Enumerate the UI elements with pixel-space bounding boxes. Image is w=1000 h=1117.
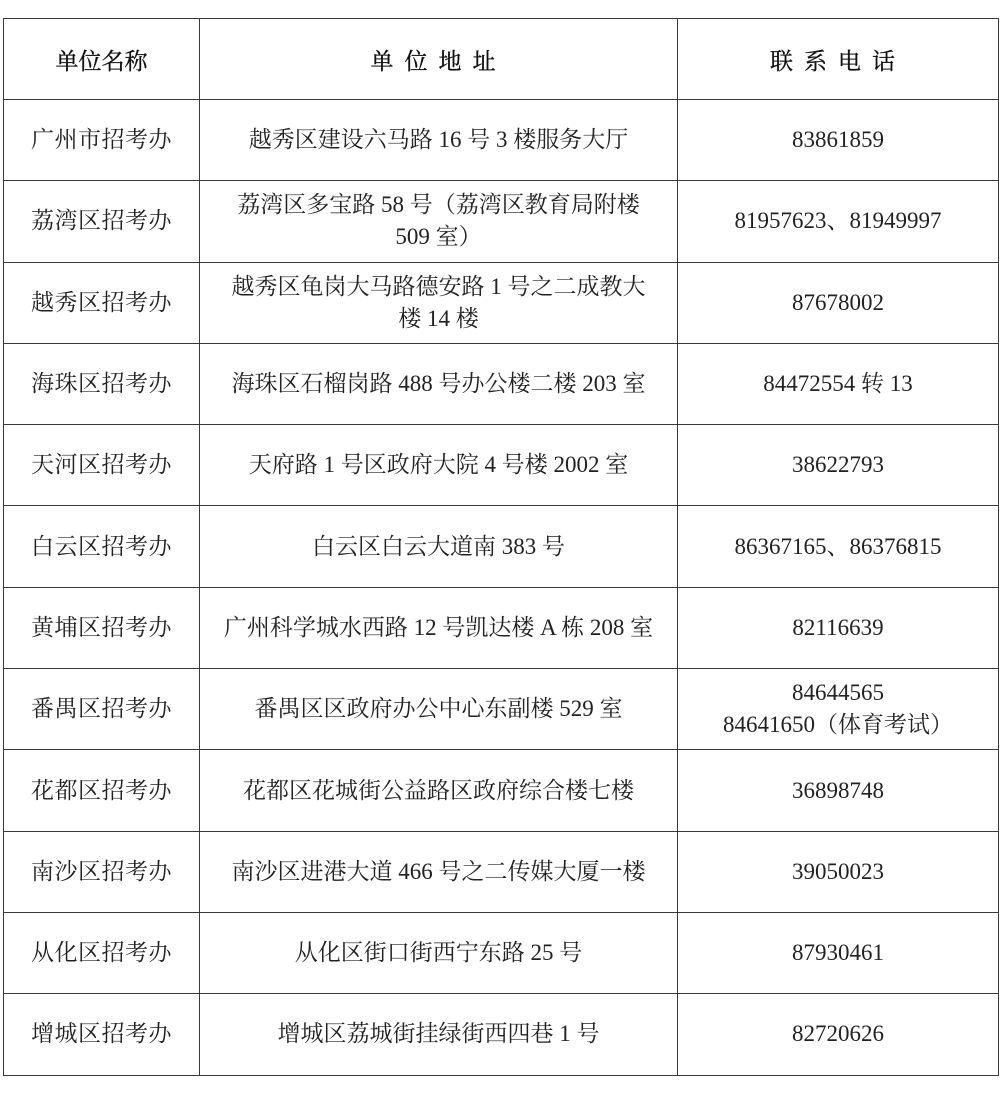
cell-unit-address: 天府路 1 号区政府大院 4 号楼 2002 室: [200, 425, 678, 506]
cell-unit-address: 番禺区区政府办公中心东副楼 529 室: [200, 669, 678, 750]
table-row: 增城区招考办 增城区荔城街挂绿街西四巷 1 号 82720626: [4, 994, 999, 1075]
cell-unit-address: 从化区街口街西宁东路 25 号: [200, 912, 678, 993]
header-unit-address: 单位地址: [200, 19, 678, 100]
cell-unit-name: 广州市招考办: [4, 100, 200, 181]
cell-contact-phone: 82720626: [678, 994, 999, 1075]
cell-unit-name: 天河区招考办: [4, 425, 200, 506]
table-row: 荔湾区招考办 荔湾区多宝路 58 号（荔湾区教育局附楼 509 室） 81957…: [4, 181, 999, 262]
cell-unit-address: 南沙区进港大道 466 号之二传媒大厦一楼: [200, 831, 678, 912]
cell-unit-name: 荔湾区招考办: [4, 181, 200, 262]
exam-office-contact-table: 单位名称 单位地址 联系电话 广州市招考办 越秀区建设六马路 16 号 3 楼服…: [3, 18, 999, 1076]
address-line: 越秀区建设六马路 16 号 3 楼服务大厅: [212, 124, 665, 156]
cell-unit-name: 增城区招考办: [4, 994, 200, 1075]
address-line: 花都区花城街公益路区政府综合楼七楼: [212, 775, 665, 807]
phone-line: 38622793: [688, 449, 988, 481]
cell-contact-phone: 83861859: [678, 100, 999, 181]
phone-line: 82720626: [688, 1018, 988, 1050]
address-line: 荔湾区多宝路 58 号（荔湾区教育局附楼: [212, 189, 665, 221]
cell-unit-name: 白云区招考办: [4, 506, 200, 587]
table-row: 南沙区招考办 南沙区进港大道 466 号之二传媒大厦一楼 39050023: [4, 831, 999, 912]
cell-contact-phone: 87678002: [678, 262, 999, 343]
header-contact-phone: 联系电话: [678, 19, 999, 100]
table-row: 花都区招考办 花都区花城街公益路区政府综合楼七楼 36898748: [4, 750, 999, 831]
address-line: 越秀区龟岗大马路德安路 1 号之二成教大: [212, 271, 665, 303]
cell-unit-name: 南沙区招考办: [4, 831, 200, 912]
cell-contact-phone: 38622793: [678, 425, 999, 506]
phone-line: 84641650（体育考试）: [688, 709, 988, 741]
table-row: 广州市招考办 越秀区建设六马路 16 号 3 楼服务大厅 83861859: [4, 100, 999, 181]
address-line: 从化区街口街西宁东路 25 号: [212, 937, 665, 969]
address-line: 增城区荔城街挂绿街西四巷 1 号: [212, 1018, 665, 1050]
table-row: 白云区招考办 白云区白云大道南 383 号 86367165、86376815: [4, 506, 999, 587]
header-row: 单位名称 单位地址 联系电话: [4, 19, 999, 100]
cell-unit-address: 增城区荔城街挂绿街西四巷 1 号: [200, 994, 678, 1075]
phone-line: 39050023: [688, 856, 988, 888]
phone-line: 84472554 转 13: [688, 368, 988, 400]
table-row: 海珠区招考办 海珠区石榴岗路 488 号办公楼二楼 203 室 84472554…: [4, 343, 999, 424]
cell-unit-address: 越秀区龟岗大马路德安路 1 号之二成教大 楼 14 楼: [200, 262, 678, 343]
cell-unit-name: 番禺区招考办: [4, 669, 200, 750]
cell-unit-name: 越秀区招考办: [4, 262, 200, 343]
address-line: 广州科学城水西路 12 号凯达楼 A 栋 208 室: [212, 612, 665, 644]
cell-unit-address: 荔湾区多宝路 58 号（荔湾区教育局附楼 509 室）: [200, 181, 678, 262]
phone-line: 83861859: [688, 124, 988, 156]
table-row: 越秀区招考办 越秀区龟岗大马路德安路 1 号之二成教大 楼 14 楼 87678…: [4, 262, 999, 343]
cell-contact-phone: 36898748: [678, 750, 999, 831]
cell-contact-phone: 81957623、81949997: [678, 181, 999, 262]
cell-contact-phone: 87930461: [678, 912, 999, 993]
cell-contact-phone: 82116639: [678, 587, 999, 668]
cell-contact-phone: 86367165、86376815: [678, 506, 999, 587]
address-line: 509 室）: [212, 221, 665, 253]
cell-unit-address: 海珠区石榴岗路 488 号办公楼二楼 203 室: [200, 343, 678, 424]
phone-line: 84644565: [688, 677, 988, 709]
cell-unit-address: 白云区白云大道南 383 号: [200, 506, 678, 587]
phone-line: 82116639: [688, 612, 988, 644]
header-unit-name: 单位名称: [4, 19, 200, 100]
phone-line: 36898748: [688, 775, 988, 807]
phone-line: 81957623、81949997: [688, 205, 988, 237]
address-line: 番禺区区政府办公中心东副楼 529 室: [212, 693, 665, 725]
phone-line: 87930461: [688, 937, 988, 969]
cell-unit-address: 花都区花城街公益路区政府综合楼七楼: [200, 750, 678, 831]
contact-table-container: 单位名称 单位地址 联系电话 广州市招考办 越秀区建设六马路 16 号 3 楼服…: [3, 18, 998, 1076]
address-line: 南沙区进港大道 466 号之二传媒大厦一楼: [212, 856, 665, 888]
address-line: 天府路 1 号区政府大院 4 号楼 2002 室: [212, 449, 665, 481]
cell-unit-name: 海珠区招考办: [4, 343, 200, 424]
table-row: 天河区招考办 天府路 1 号区政府大院 4 号楼 2002 室 38622793: [4, 425, 999, 506]
cell-unit-address: 广州科学城水西路 12 号凯达楼 A 栋 208 室: [200, 587, 678, 668]
cell-unit-name: 黄埔区招考办: [4, 587, 200, 668]
table-body: 广州市招考办 越秀区建设六马路 16 号 3 楼服务大厅 83861859 荔湾…: [4, 100, 999, 1076]
address-line: 楼 14 楼: [212, 303, 665, 335]
phone-line: 87678002: [688, 287, 988, 319]
address-line: 海珠区石榴岗路 488 号办公楼二楼 203 室: [212, 368, 665, 400]
table-row: 从化区招考办 从化区街口街西宁东路 25 号 87930461: [4, 912, 999, 993]
table-row: 黄埔区招考办 广州科学城水西路 12 号凯达楼 A 栋 208 室 821166…: [4, 587, 999, 668]
cell-unit-address: 越秀区建设六马路 16 号 3 楼服务大厅: [200, 100, 678, 181]
cell-contact-phone: 84644565 84641650（体育考试）: [678, 669, 999, 750]
cell-unit-name: 从化区招考办: [4, 912, 200, 993]
cell-unit-name: 花都区招考办: [4, 750, 200, 831]
address-line: 白云区白云大道南 383 号: [212, 531, 665, 563]
phone-line: 86367165、86376815: [688, 531, 988, 563]
cell-contact-phone: 39050023: [678, 831, 999, 912]
table-header: 单位名称 单位地址 联系电话: [4, 19, 999, 100]
table-row: 番禺区招考办 番禺区区政府办公中心东副楼 529 室 84644565 8464…: [4, 669, 999, 750]
cell-contact-phone: 84472554 转 13: [678, 343, 999, 424]
